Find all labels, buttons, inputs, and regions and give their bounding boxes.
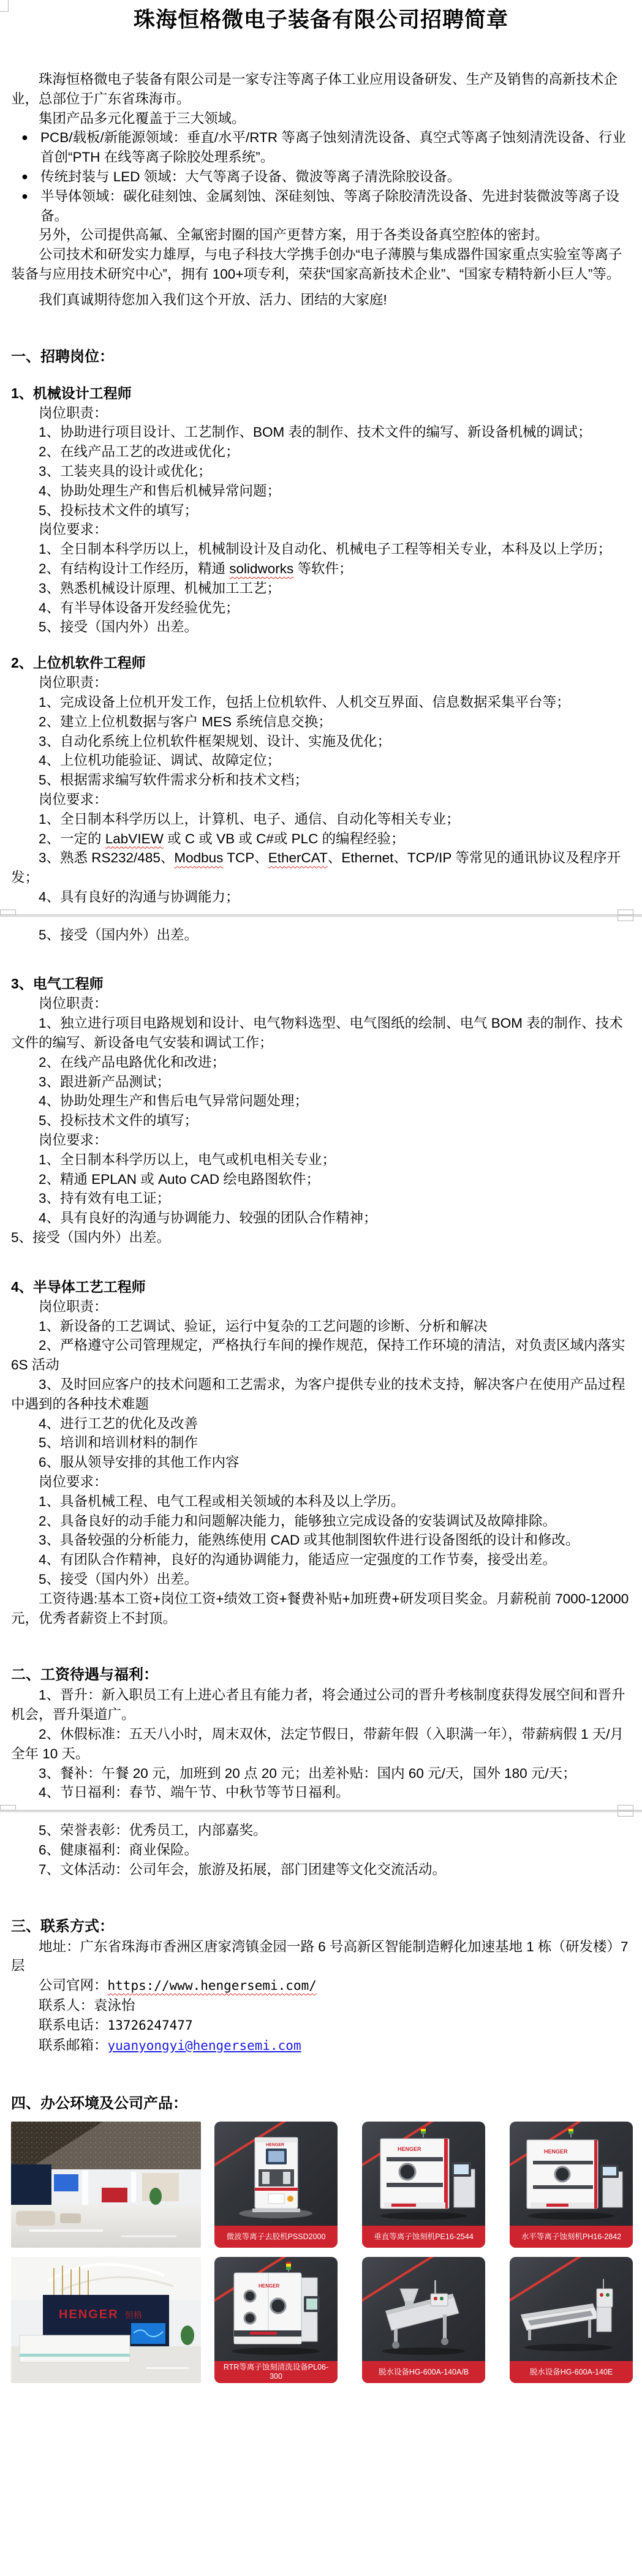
office-photo-lobby [11, 2122, 201, 2248]
requirement-item: 3、持有效有电工证； [11, 1189, 631, 1208]
page-break [0, 910, 642, 921]
duties-label: 岗位职责： [11, 673, 631, 693]
machine-dewater-ab-illustration [362, 2262, 485, 2357]
duty-item: 4、协助处理生产和售后电气异常问题处理； [11, 1091, 631, 1111]
office-lobby-illustration [11, 2122, 201, 2248]
page-break-line [0, 1810, 642, 1812]
product-label: 脱水设备HG-600A-140E [510, 2361, 633, 2383]
contact-website: 公司官网：https://www.hengersemi.com/ [11, 1976, 631, 1996]
svg-text:恒格: 恒格 [125, 2310, 142, 2320]
machine-rtr-illustration: HENGER [214, 2262, 338, 2357]
office-reception-illustration: HENGER 恒格 [11, 2257, 201, 2383]
duty-item: 2、在线产品工艺的改进或优化； [11, 442, 631, 462]
spellcheck-word: EtherCAT [268, 850, 328, 865]
spellcheck-word: solidworks [229, 561, 293, 576]
section-heading-contact: 三、联系方式： [11, 1916, 631, 1937]
intro-paragraph: 另外，公司提供高氟、全氟密封圈的国产更替方案，用于各类设备真空腔体的密封。 [11, 225, 631, 245]
svg-text:HENGER: HENGER [266, 2143, 284, 2147]
duty-item: 1、新设备的工艺调试、验证，运行中复杂的工艺问题的诊断、分析和解决 [11, 1317, 631, 1336]
machine-ph16-illustration: HENGER [510, 2126, 633, 2222]
duty-item: 5、投标技术文件的填写； [11, 501, 631, 521]
requirement-item: 4、具有良好的沟通与协调能力、较强的团队合作精神； [11, 1208, 631, 1228]
requirement-item: 5、接受（国内外）出差。 [11, 617, 631, 637]
requirement-item: 4、有团队合作精神，良好的沟通协调能力，能适应一定强度的工作节奏，接受出差。 [11, 1550, 631, 1570]
phone-number: 13726247477 [108, 2018, 193, 2033]
machine-dewater-e-illustration [510, 2262, 633, 2357]
list-item: ●PCB/载板/新能源领域：垂直/水平/RTR 等离子蚀刻清洗设备、真空式等离子… [40, 128, 631, 167]
office-photo-reception: HENGER 恒格 [11, 2257, 201, 2383]
section-heading-gallery: 四、办公环境及公司产品： [11, 2093, 631, 2114]
bullet-icon: ● [21, 167, 28, 187]
duty-item: 4、进行工艺的优化及改善 [11, 1414, 631, 1434]
job-title: 2、上位机软件工程师 [11, 653, 631, 673]
job-title: 3、电气工程师 [11, 974, 631, 994]
machine-pssd-illustration: HENGER [214, 2126, 338, 2222]
requirement-item: 1、全日制本科学历以上，电气或机电相关专业； [11, 1150, 631, 1170]
product-card: HENGER 水平等离子蚀刻机PH16-2842 [510, 2122, 633, 2248]
section-heading-positions: 一、招聘岗位： [11, 347, 631, 367]
page-margin-marker [0, 0, 9, 12]
page-margin-marker [0, 910, 16, 915]
duty-item: 3、跟进新产品测试； [11, 1072, 631, 1092]
intro-paragraph: 集团产品多元化覆盖于三大领域。 [11, 109, 631, 129]
requirement-item: 4、有半导体设备开发经验优先； [11, 598, 631, 618]
contact-person: 联系人：袁泳怡 [11, 1996, 631, 2016]
benefit-item: 4、节日福利：春节、端午节、中秋节等节日福利。 [11, 1783, 631, 1802]
duty-item: 2、在线产品电路优化和改进； [11, 1053, 631, 1072]
duty-item: 6、服从领导安排的其他工作内容 [11, 1453, 631, 1472]
benefit-item: 6、健康福利：商业保险。 [11, 1840, 631, 1860]
svg-text:HENGER: HENGER [398, 2146, 421, 2152]
product-label: 脱水设备HG-600A-140A/B [362, 2361, 485, 2383]
page-margin-marker [617, 1805, 633, 1810]
product-label: RTR等离子蚀刻清洗设备PL06-300 [214, 2361, 338, 2383]
duty-item: 3、及时回应客户的技术问题和工艺需求，为客户提供专业的技术支持，解决客户在使用产… [11, 1375, 631, 1414]
duty-item: 5、培训和培训材料的制作 [11, 1433, 631, 1453]
job-title: 4、半导体工艺工程师 [11, 1277, 631, 1297]
website-url: https://www.hengersemi.com/ [108, 1978, 317, 1993]
page-margin-marker [617, 1811, 633, 1817]
requirements-label: 岗位要求： [11, 790, 631, 810]
list-item: ●传统封装与 LED 领域：大气等离子设备、微波等离子清洗除胶设备。 [40, 167, 631, 187]
duty-item: 4、协助处理生产和售后机械异常问题； [11, 481, 631, 501]
intro-paragraph: 珠海恒格微电子装备有限公司是一家专注等离子体工业应用设备研发、生产及销售的高新技… [11, 70, 631, 109]
duty-item: 5、投标技术文件的填写； [11, 1111, 631, 1131]
benefit-item: 3、餐补：午餐 20 元，加班到 20 点 20 元；出差补贴：国内 60 元/… [11, 1764, 631, 1783]
page-break-line [0, 914, 642, 917]
product-card: 脱水设备HG-600A-140A/B [362, 2257, 485, 2383]
requirement-item-outdent: 5、接受（国内外）出差。 [11, 1228, 631, 1248]
bullet-icon: ● [21, 128, 28, 148]
duty-item: 3、工装夹具的设计或优化； [11, 462, 631, 481]
requirement-item: 2、一定的 LabVIEW 或 C 或 VB 或 C#或 PLC 的编程经验； [11, 829, 631, 849]
benefit-item: 2、休假标准：五天八小时，周末双休，法定节假日，带薪年假（入职满一年），带薪病假… [11, 1725, 631, 1764]
intro-paragraph: 公司技术和研发实力雄厚，与电子科技大学携手创办“电子薄膜与集成器件国家重点实验室… [11, 245, 631, 284]
duty-item: 1、独立进行项目电路规划和设计、电气物料选型、电气图纸的绘制、电气 BOM 表的… [11, 1014, 631, 1053]
requirement-item: 2、精通 EPLAN 或 Auto CAD 绘电路图软件； [11, 1170, 631, 1189]
duty-item: 2、严格遵守公司管理规定，严格执行车间的操作规范，保持工作环境的清洁，对负责区域… [11, 1336, 631, 1375]
requirements-label: 岗位要求： [11, 520, 631, 540]
requirement-item: 3、熟悉 RS232/485、Modbus TCP、EtherCAT、Ether… [11, 848, 631, 887]
requirement-item: 1、具备机械工程、电气工程或相关领域的本科及以上学历。 [11, 1492, 631, 1512]
requirement-item: 2、有结构设计工作经历，精通 solidworks 等软件； [11, 559, 631, 579]
page-bottom-whitespace [11, 2392, 631, 2576]
product-label: 水平等离子蚀刻机PH16-2842 [510, 2226, 633, 2248]
list-item: ●半导体领域：碳化硅刻蚀、金属刻蚀、深硅刻蚀、等离子除胶清洗设备、先进封装微波等… [40, 187, 631, 226]
duty-item: 2、建立上位机数据与客户 MES 系统信息交换； [11, 712, 631, 732]
page-margin-marker [617, 916, 633, 921]
domain-bullet-list: ●PCB/载板/新能源领域：垂直/水平/RTR 等离子蚀刻清洗设备、真空式等离子… [11, 128, 631, 225]
requirements-label: 岗位要求： [11, 1472, 631, 1492]
product-card: HENGER RTR等离子蚀刻清洗设备PL06-300 [214, 2257, 338, 2383]
requirement-item: 1、全日制本科学历以上，机械制设计及自动化、机械电子工程等相关专业，本科及以上学… [11, 540, 631, 559]
intro-closing: 我们真诚期待您加入我们这个开放、活力、团结的大家庭! [11, 290, 631, 310]
duty-item: 3、自动化系统上位机软件框架规划、设计、实施及优化； [11, 732, 631, 751]
benefit-item: 1、晋升：新入职员工有上进心者且有能力者，将会通过公司的晋升考核制度获得发展空间… [11, 1685, 631, 1725]
benefit-item: 5、荣誉表彰：优秀员工，内部嘉奖。 [11, 1821, 631, 1840]
requirement-item: 5、接受（国内外）出差。 [11, 1570, 631, 1589]
requirement-item: 4、具有良好的沟通与协调能力； [11, 887, 631, 907]
job-title: 1、机械设计工程师 [11, 383, 631, 404]
gallery-row: HENGER 恒格 [11, 2257, 631, 2383]
svg-text:HENGER: HENGER [259, 2283, 279, 2289]
page-margin-marker [617, 910, 633, 915]
requirement-item: 3、具备较强的分析能力，能熟练使用 CAD 或其他制图软件进行设备图纸的设计和修… [11, 1531, 631, 1550]
product-card: 脱水设备HG-600A-140E [510, 2257, 633, 2383]
product-label: 垂直等离子蚀刻机PE16-2544 [362, 2226, 485, 2248]
requirements-label: 岗位要求： [11, 1131, 631, 1150]
product-card: HENGER 垂直等离子蚀刻机PE16-2544 [362, 2122, 485, 2248]
contact-address: 地址：广东省珠海市香洲区唐家湾镇金园一路 6 号高新区智能制造孵化加速基地 1 … [11, 1937, 631, 1976]
requirement-item: 1、全日制本科学历以上，计算机、电子、通信、自动化等相关专业； [11, 810, 631, 829]
benefit-item: 7、文体活动：公司年会，旅游及拓展，部门团建等文化交流活动。 [11, 1860, 631, 1880]
gallery: HENGER 微波等离子去胶机PSSD2000 [11, 2122, 631, 2383]
page-title: 珠海恒格微电子装备有限公司招聘简章 [11, 7, 631, 33]
section-heading-benefits: 二、工资待遇与福利： [11, 1665, 631, 1685]
product-card: HENGER 微波等离子去胶机PSSD2000 [214, 2122, 338, 2248]
duties-label: 岗位职责： [11, 994, 631, 1014]
duties-label: 岗位职责： [11, 1297, 631, 1317]
contact-phone: 联系电话：13726247477 [11, 2016, 631, 2036]
duty-item: 5、根据需求编写软件需求分析和技术文档； [11, 770, 631, 790]
salary-line: 工资待遇:基本工资+岗位工资+绩效工资+餐费补贴+加班费+研发项目奖金。月薪税前… [11, 1589, 631, 1629]
gallery-row: HENGER 微波等离子去胶机PSSD2000 [11, 2122, 631, 2248]
machine-pe16-illustration: HENGER [362, 2126, 485, 2222]
requirement-item: 5、接受（国内外）出差。 [11, 925, 631, 945]
svg-text:HENGER: HENGER [59, 2308, 119, 2321]
duty-item: 4、上位机功能验证、调试、故障定位； [11, 751, 631, 770]
duty-item: 1、协助进行项目设计、工艺制作、BOM 表的制作、技术文件的编写、新设备机械的调… [11, 423, 631, 442]
svg-text:HENGER: HENGER [544, 2149, 568, 2155]
duties-label: 岗位职责： [11, 404, 631, 423]
contact-email: 联系邮箱：yuanyongyi@hengersemi.com [11, 2036, 631, 2056]
document-page: 珠海恒格微电子装备有限公司招聘简章 珠海恒格微电子装备有限公司是一家专注等离子体… [0, 0, 642, 2576]
bullet-icon: ● [21, 187, 28, 206]
spellcheck-word: LabVIEW [105, 831, 164, 846]
page-margin-marker [0, 1805, 16, 1810]
requirement-item: 2、具备良好的动手能力和问题解决能力，能够独立完成设备的安装调试及故障排除。 [11, 1512, 631, 1531]
requirement-item: 3、熟悉机械设计原理、机械加工工艺； [11, 579, 631, 598]
product-label: 微波等离子去胶机PSSD2000 [214, 2226, 338, 2248]
email-link[interactable]: yuanyongyi@hengersemi.com [108, 2038, 301, 2053]
page-break [0, 1805, 642, 1816]
duty-item: 1、完成设备上位机开发工作，包括上位机软件、人机交互界面、信息数据采集平台等； [11, 693, 631, 712]
spellcheck-word: Modbus [174, 850, 223, 865]
